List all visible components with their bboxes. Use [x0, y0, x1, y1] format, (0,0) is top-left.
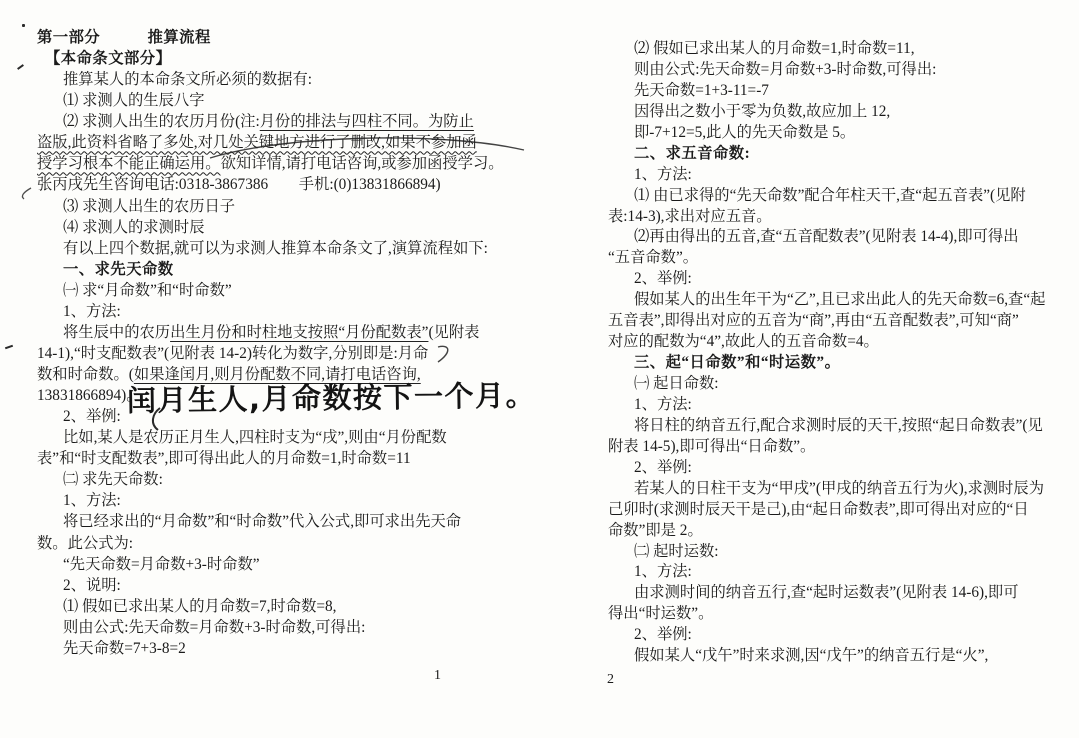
margin-dot-icon — [22, 24, 25, 27]
text-line: ㈡ 起时运数: — [608, 542, 1063, 563]
text-line: ⑵ 求测人出生的农历月份(注:月份的排法与四柱不同。为防止 — [37, 111, 527, 132]
text-line: 将日柱的纳音五行,配合求测时辰的天干,按照“起日命数表”(见 — [608, 416, 1063, 437]
left-page: 第一部分 推算流程【本命条文部分】推算某人的本命条文所必须的数据有:⑴ 求测人的… — [37, 27, 527, 659]
text-segment: 1、方法: — [63, 492, 121, 509]
text-segment: 即-7+12=5,此人的先天命数是 5。 — [634, 124, 855, 141]
text-line: ⑴ 假如已求出某人的月命数=7,时命数=8, — [37, 596, 527, 617]
text-segment: ⑵ 求测人出生的农历月份(注: — [63, 113, 260, 130]
text-line: 有以上四个数据,就可以为求测人推算本命条文了,演算流程如下: — [37, 238, 527, 259]
text-line: 授学习根本不能正确运用。欲知详情,请打电话咨询,或参加函授学习。 — [37, 153, 527, 174]
text-segment: 由求测时间的纳音五行,查“起时运数表”(见附表 14-6),即可 — [634, 584, 1019, 601]
text-line: 因得出之数小于零为负数,故应加上 12, — [608, 102, 1063, 123]
text-line: ㈡ 求先天命数: — [37, 469, 527, 490]
text-line: 先天命数=7+3-8=2 — [37, 638, 527, 659]
text-segment: 先天命数=1+3-11=-7 — [634, 82, 769, 99]
text-line: 附表 14-5),即可得出“日命数”。 — [608, 437, 1063, 458]
text-segment: 五音表”,即得出对应的五音为“商”,再由“五音配数表”,可知“商” — [608, 312, 1019, 329]
text-line: 即-7+12=5,此人的先天命数是 5。 — [608, 123, 1063, 144]
text-segment: 将日柱的纳音五行,配合求测时辰的天干,按照“起日命数表”(见 — [634, 417, 1043, 434]
text-segment: 表:14-3),求出对应五音。 — [608, 208, 772, 225]
text-line: 盗版,此资料省略了多处,对几处关键地方进行了删改,如果不参加函 — [37, 132, 527, 153]
text-segment: 一、求先天命数 — [63, 261, 174, 278]
text-line: 己卯时(求测时辰天干是己),由“起日命数表”,即可得出对应的“日 — [608, 500, 1063, 521]
text-segment: 2、举例: — [634, 270, 692, 287]
text-segment: 月份的排法与四柱不同。为防止 — [260, 113, 474, 130]
text-line: 一、求先天命数 — [37, 259, 527, 280]
text-segment: 若某人的日柱干支为“甲戌”(甲戌的纳音五行为火),求测时辰为 — [634, 480, 1044, 497]
text-line: 【本命条文部分】 — [37, 48, 527, 69]
text-line: 2、举例: — [608, 458, 1063, 479]
text-line: 得出“时运数”。 — [608, 604, 1063, 625]
text-line: 1、方法: — [37, 301, 527, 322]
text-segment: 命数”即是 2。 — [608, 522, 703, 539]
text-line: 则由公式:先天命数=月命数+3-时命数,可得出: — [37, 617, 527, 638]
text-segment: 授学习根本不能正确运用。 — [37, 155, 221, 172]
text-line: 第一部分 推算流程 — [37, 27, 527, 48]
text-segment: 第一部分 推算流程 — [37, 29, 211, 46]
text-segment: 表”和“时支配数表”,即可得出此人的月命数=1,时命数=11 — [37, 450, 411, 467]
text-segment: 1、方法: — [634, 166, 692, 183]
text-line: 若某人的日柱干支为“甲戌”(甲戌的纳音五行为火),求测时辰为 — [608, 479, 1063, 500]
text-line: 五音表”,即得出对应的五音为“商”,再由“五音配数表”,可知“商” — [608, 311, 1063, 332]
text-segment: 推算某人的本命条文所必须的数据有: — [63, 71, 312, 88]
text-line: ⑷ 求测人的求测时辰 — [37, 217, 527, 238]
text-line: 假如某人“戊午”时来求测,因“戊午”的纳音五行是“火”, — [608, 646, 1063, 667]
text-line: ⑴ 由已求得的“先天命数”配合年柱天干,查“起五音表”(见附 — [608, 186, 1063, 207]
text-line: 由求测时间的纳音五行,查“起时运数表”(见附表 14-6),即可 — [608, 583, 1063, 604]
page-number-left: 1 — [434, 668, 441, 684]
text-line: 1、方法: — [37, 490, 527, 511]
text-segment: 13831866894)。 — [37, 387, 142, 404]
text-segment: 二、求五音命数: — [634, 145, 750, 162]
text-segment: 则由公式:先天命数=月命数+3-时命数,可得出: — [63, 619, 365, 636]
text-line: 数。此公式为: — [37, 533, 527, 554]
text-segment: ⑴ 由已求得的“先天命数”配合年柱天干,查“起五音表”(见附 — [634, 187, 1026, 204]
text-line: 先天命数=1+3-11=-7 — [608, 81, 1063, 102]
text-line: 二、求五音命数: — [608, 144, 1063, 165]
text-segment: 1、方法: — [63, 303, 121, 320]
text-segment: 1、方法: — [634, 563, 692, 580]
text-segment: 假如某人的出生年干为“乙”,且已求出此人的先天命数=6,查“起 — [634, 291, 1045, 308]
text-segment: 有以上四个数据,就可以为求测人推算本命条文了,演算流程如下: — [63, 240, 488, 257]
text-segment: 2、举例: — [634, 459, 692, 476]
text-segment: ⑵ 假如已求出某人的月命数=1,时命数=11, — [634, 40, 915, 57]
text-line: 推算某人的本命条文所必须的数据有: — [37, 69, 527, 90]
text-segment: 假如某人“戊午”时来求测,因“戊午”的纳音五行是“火”, — [634, 647, 988, 664]
text-line: ⑶ 求测人出生的农历日子 — [37, 196, 527, 217]
text-segment: 附表 14-5),即可得出“日命数”。 — [608, 438, 815, 455]
text-line: 对应的配数为“4”,故此人的五音命数=4。 — [608, 332, 1063, 353]
margin-tick-icon — [17, 64, 24, 70]
text-segment: ㈡ 求先天命数: — [63, 471, 163, 488]
text-segment: ㈠ 求“月命数”和“时命数” — [63, 282, 232, 299]
text-segment: ⑷ 求测人的求测时辰 — [63, 219, 205, 236]
text-line: ㈠ 起日命数: — [608, 374, 1063, 395]
text-segment: 2、说明: — [63, 577, 121, 594]
text-segment: “五音命数”。 — [608, 249, 698, 266]
text-line: 比如,某人是农历正月生人,四柱时支为“戌”,则由“月份配数 — [37, 427, 527, 448]
text-line: 14-1),“时支配数表”(见附表 14-2)转化为数字,分别即是:月命 — [37, 343, 527, 364]
text-segment: 14-1),“时支配数表”(见附表 14-2)转化为数字,分别即是:月命 — [37, 345, 428, 362]
right-page: ⑵ 假如已求出某人的月命数=1,时命数=11,则由公式:先天命数=月命数+3-时… — [608, 39, 1063, 667]
text-line: 2、举例: — [608, 269, 1063, 290]
text-segment: 2、举例: — [634, 626, 692, 643]
text-segment: 2、举例: — [63, 408, 121, 425]
page-number-right: 2 — [607, 672, 614, 688]
text-segment: ⑵再由得出的五音,查“五音配数表”(见附表 14-4),即可得出 — [634, 228, 1019, 245]
text-segment: 盗版,此资料省略了多处,对几处关键地方进行了删改,如果不参加函 — [37, 134, 477, 151]
text-line: 2、说明: — [37, 575, 527, 596]
text-segment: 因得出之数小于零为负数,故应加上 12, — [634, 103, 890, 120]
margin-dash-icon — [5, 345, 13, 350]
text-line: 1、方法: — [608, 562, 1063, 583]
text-line: 则由公式:先天命数=月命数+3-时命数,可得出: — [608, 60, 1063, 81]
text-line: 表:14-3),求出对应五音。 — [608, 207, 1063, 228]
text-segment: 欲知详情,请打电话咨询,或参加函授学习。 — [221, 155, 504, 172]
text-segment: ⑴ 求测人的生辰八字 — [63, 92, 205, 109]
text-segment: 数。此公式为: — [37, 535, 133, 552]
text-segment: 己卯时(求测时辰天干是己),由“起日命数表”,即可得出对应的“日 — [608, 501, 1029, 518]
text-line: 2、举例: — [608, 625, 1063, 646]
text-line: 三、起“日命数”和“时运数”。 — [608, 353, 1063, 374]
text-line: ⑵再由得出的五音,查“五音配数表”(见附表 14-4),即可得出 — [608, 227, 1063, 248]
text-segment: 得出“时运数”。 — [608, 605, 713, 622]
text-segment: ㈠ 起日命数: — [634, 375, 719, 392]
text-segment: “先天命数=月命数+3-时命数” — [63, 556, 260, 573]
text-segment: 出生月份和时柱地支按照“月份配数表” — [170, 324, 428, 341]
text-line: ⑵ 假如已求出某人的月命数=1,时命数=11, — [608, 39, 1063, 60]
text-line: 命数”即是 2。 — [608, 521, 1063, 542]
text-line: ㈠ 求“月命数”和“时命数” — [37, 280, 527, 301]
text-segment: 对应的配数为“4”,故此人的五音命数=4。 — [608, 333, 879, 350]
text-segment: ⑴ 假如已求出某人的月命数=7,时命数=8, — [63, 598, 336, 615]
text-line: 1、方法: — [608, 165, 1063, 186]
book-spread: 第一部分 推算流程【本命条文部分】推算某人的本命条文所必须的数据有:⑴ 求测人的… — [0, 0, 1079, 738]
text-segment: 【本命条文部分】 — [45, 50, 171, 67]
text-segment: 则由公式:先天命数=月命数+3-时命数,可得出: — [634, 61, 936, 78]
text-segment: (见附表 — [428, 324, 479, 341]
text-segment: 将已经求出的“月命数”和“时命数”代入公式,即可求出先天命 — [63, 513, 461, 530]
text-line: ⑴ 求测人的生辰八字 — [37, 90, 527, 111]
text-line: “五音命数”。 — [608, 248, 1063, 269]
text-line: 表”和“时支配数表”,即可得出此人的月命数=1,时命数=11 — [37, 448, 527, 469]
text-line: 将生辰中的农历出生月份和时柱地支按照“月份配数表”(见附表 — [37, 322, 527, 343]
text-segment: 1、方法: — [634, 396, 692, 413]
handwritten-annotation: 闰月生人,月命数按下一个月。 — [127, 373, 537, 420]
text-segment: 先天命数=7+3-8=2 — [63, 640, 186, 657]
text-segment: 张丙戌先生咨询电话:0318-3867386 手机:(0)13831866894… — [37, 176, 441, 193]
text-segment: 数和时命数。( — [37, 366, 134, 383]
text-segment: 三、起“日命数”和“时运数”。 — [634, 354, 840, 371]
text-segment: ㈡ 起时运数: — [634, 543, 719, 560]
text-line: 将已经求出的“月命数”和“时命数”代入公式,即可求出先天命 — [37, 511, 527, 532]
text-segment: 将生辰中的农历 — [63, 324, 170, 341]
text-segment: 比如,某人是农历正月生人,四柱时支为“戌”,则由“月份配数 — [63, 429, 447, 446]
text-segment: ⑶ 求测人出生的农历日子 — [63, 198, 235, 215]
text-line: 张丙戌先生咨询电话:0318-3867386 手机:(0)13831866894… — [37, 174, 527, 195]
text-line: “先天命数=月命数+3-时命数” — [37, 554, 527, 575]
text-line: 假如某人的出生年干为“乙”,且已求出此人的先天命数=6,查“起 — [608, 290, 1063, 311]
text-line: 1、方法: — [608, 395, 1063, 416]
